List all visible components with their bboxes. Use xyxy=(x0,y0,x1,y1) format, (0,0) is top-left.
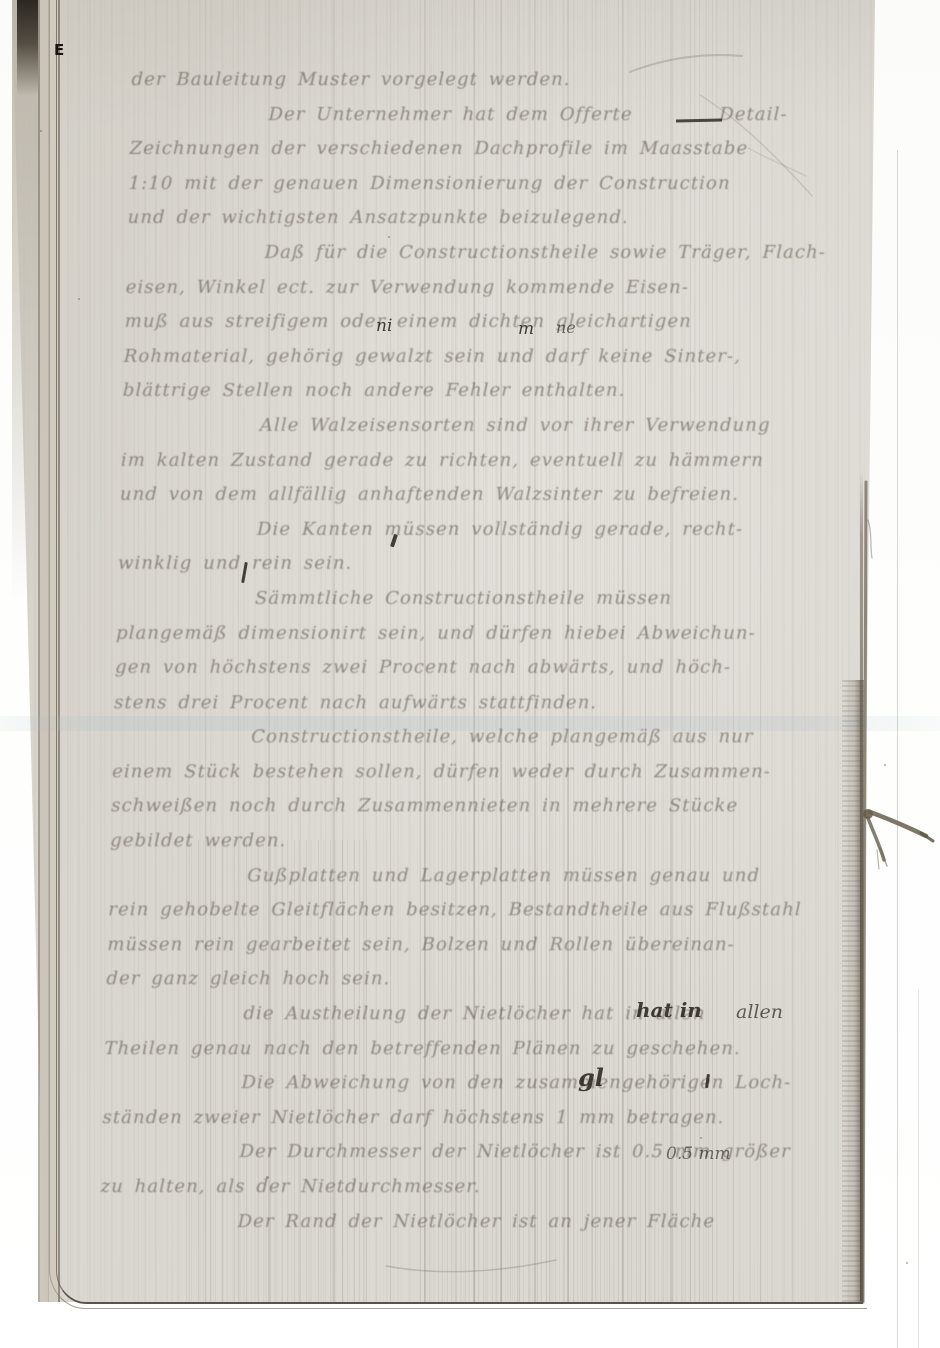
edge-letter-label: E xyxy=(54,41,64,59)
dust-speck xyxy=(884,764,886,766)
dust-speck xyxy=(78,298,80,300)
dust-speck xyxy=(906,1262,908,1264)
dust-speck xyxy=(388,236,390,238)
dust-speck xyxy=(40,130,42,132)
binding-thread-icon xyxy=(863,482,933,1302)
dust-speck xyxy=(700,1137,702,1139)
pencil-scribbles xyxy=(386,55,812,1272)
scan-overlay-strokes xyxy=(0,0,940,1348)
dust-speck xyxy=(266,1176,269,1179)
scanned-manuscript: der Bauleitung Muster vorgelegt werden. … xyxy=(0,0,940,1348)
